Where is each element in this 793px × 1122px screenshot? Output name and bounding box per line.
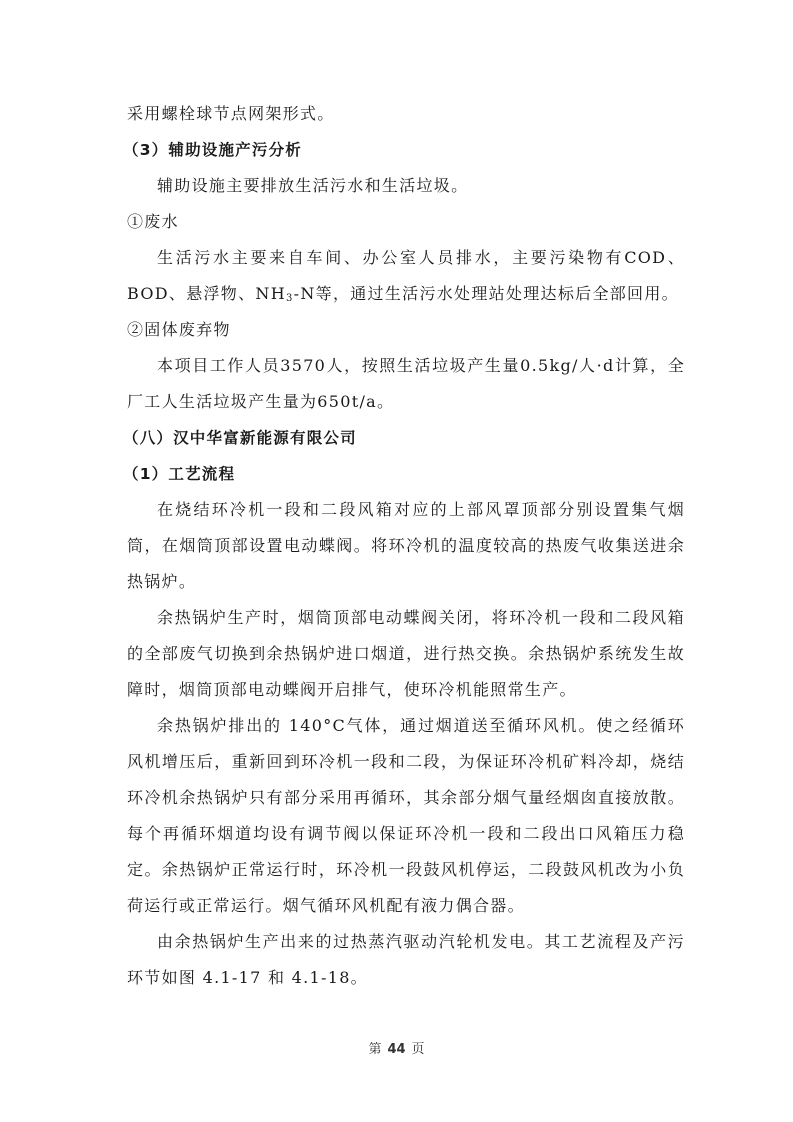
process-paragraph-4: 由余热锅炉生产出来的过热蒸汽驱动汽轮机发电。其工艺流程及产污环节如图 4.1-1… bbox=[127, 924, 685, 996]
nh3-subscript: 3 bbox=[286, 293, 294, 304]
solid-waste-paragraph: 本项目工作人员3570人，按照生活垃圾产生量0.5kg/人·d计算，全厂工人生活… bbox=[127, 348, 685, 420]
document-page: 采用螺栓球节点网架形式。 （3）辅助设施产污分析 辅助设施主要排放生活污水和生活… bbox=[127, 96, 685, 996]
continuation-text: 采用螺栓球节点网架形式。 bbox=[127, 96, 685, 132]
page-prefix: 第 bbox=[368, 1042, 381, 1057]
wastewater-text-part2: -N等，通过生活污水处理站处理达标后全部回用。 bbox=[294, 284, 679, 303]
page-suffix: 页 bbox=[412, 1042, 425, 1057]
page-number: 44 bbox=[387, 1042, 405, 1057]
solid-waste-label: ②固体废弃物 bbox=[127, 312, 685, 348]
section-heading-process-flow: （1）工艺流程 bbox=[123, 456, 685, 492]
page-footer: 第44页 bbox=[0, 1038, 793, 1057]
wastewater-label: ①废水 bbox=[127, 204, 685, 240]
wastewater-paragraph: 生活污水主要来自车间、办公室人员排水，主要污染物有COD、BOD、悬浮物、NH3… bbox=[127, 240, 685, 312]
company-heading: （八）汉中华富新能源有限公司 bbox=[123, 420, 685, 456]
process-paragraph-3: 余热锅炉排出的 140°C气体，通过烟道送至循环风机。使之经循环风机增压后，重新… bbox=[127, 708, 685, 924]
process-paragraph-2: 余热锅炉生产时，烟筒顶部电动蝶阀关闭，将环冷机一段和二段风箱的全部废气切换到余热… bbox=[127, 600, 685, 708]
process-paragraph-1: 在烧结环冷机一段和二段风箱对应的上部风罩顶部分别设置集气烟筒，在烟筒顶部设置电动… bbox=[127, 492, 685, 600]
auxiliary-intro-paragraph: 辅助设施主要排放生活污水和生活垃圾。 bbox=[127, 168, 685, 204]
section-heading-auxiliary-pollution: （3）辅助设施产污分析 bbox=[123, 132, 685, 168]
